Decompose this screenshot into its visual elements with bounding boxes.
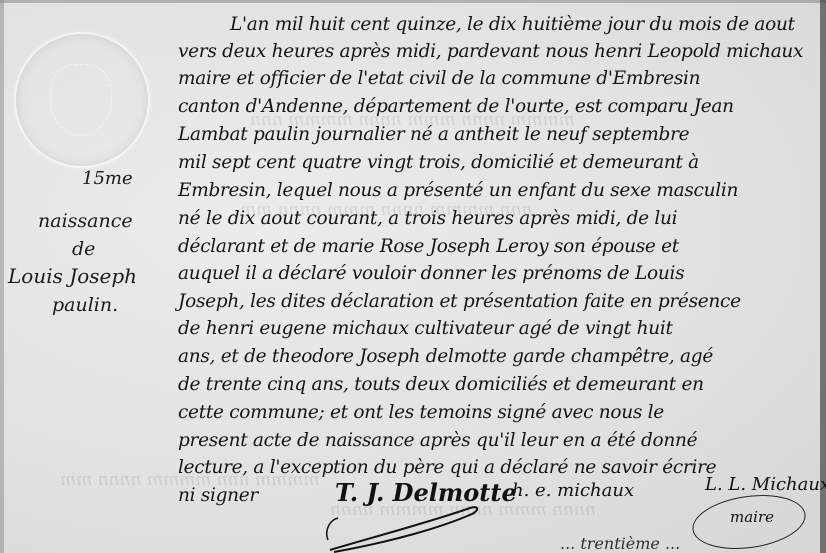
mayor-title: maire [730, 508, 774, 526]
margin-record-number: 15me [82, 168, 133, 189]
signature-flourish-icon [320, 500, 490, 553]
body-line: maire et officier de l'etat civil de la … [178, 68, 823, 89]
margin-title: naissance [38, 210, 133, 232]
body-line: ni signer [178, 485, 298, 506]
body-line: cette commune; et ont les temoins signé … [178, 402, 823, 423]
signature-witness-michaux: h. e. michaux [512, 480, 634, 501]
margin-subject-surname: paulin. [52, 294, 118, 316]
body-line: déclarant et de marie Rose Joseph Leroy … [178, 236, 823, 257]
body-line: canton d'Andenne, département de l'ourte… [178, 96, 823, 117]
next-record-fragment: ... trentième ... [560, 534, 680, 553]
body-line: Joseph, les dites déclaration et présent… [178, 291, 823, 312]
body-line: de trente cinq ans, touts deux domicilié… [178, 374, 823, 395]
margin-subject-name: Louis Joseph [8, 264, 137, 288]
body-line: Lambat paulin journalier né a antheit le… [178, 124, 823, 145]
body-line: né le dix aout courant, a trois heures a… [178, 208, 823, 229]
embossed-seal-icon [14, 32, 150, 168]
signature-mayor: L. L. Michaux [705, 474, 826, 495]
body-line: auquel il a déclaré vouloir donner les p… [178, 263, 823, 284]
page-edge-left [0, 0, 4, 553]
body-line: de henri eugene michaux cultivateur agé … [178, 318, 823, 339]
page-edge-top [0, 0, 826, 3]
body-line: vers deux heures après midi, pardevant n… [178, 41, 823, 62]
body-line: ans, et de theodore Joseph delmotte gard… [178, 346, 823, 367]
body-line: mil sept cent quatre vingt trois, domici… [178, 152, 823, 173]
margin-title-de: de [72, 238, 95, 260]
seal-emblem-icon [50, 64, 112, 136]
document-page: mmmm nnnn mmm nnnn mmmm nnn nnn mmmm nnn… [0, 0, 826, 553]
body-line: Embresin, lequel nous a présenté un enfa… [178, 180, 823, 201]
body-line: L'an mil huit cent quinze, le dix huitiè… [230, 14, 820, 35]
body-line: present acte de naissance après qu'il le… [178, 430, 823, 451]
